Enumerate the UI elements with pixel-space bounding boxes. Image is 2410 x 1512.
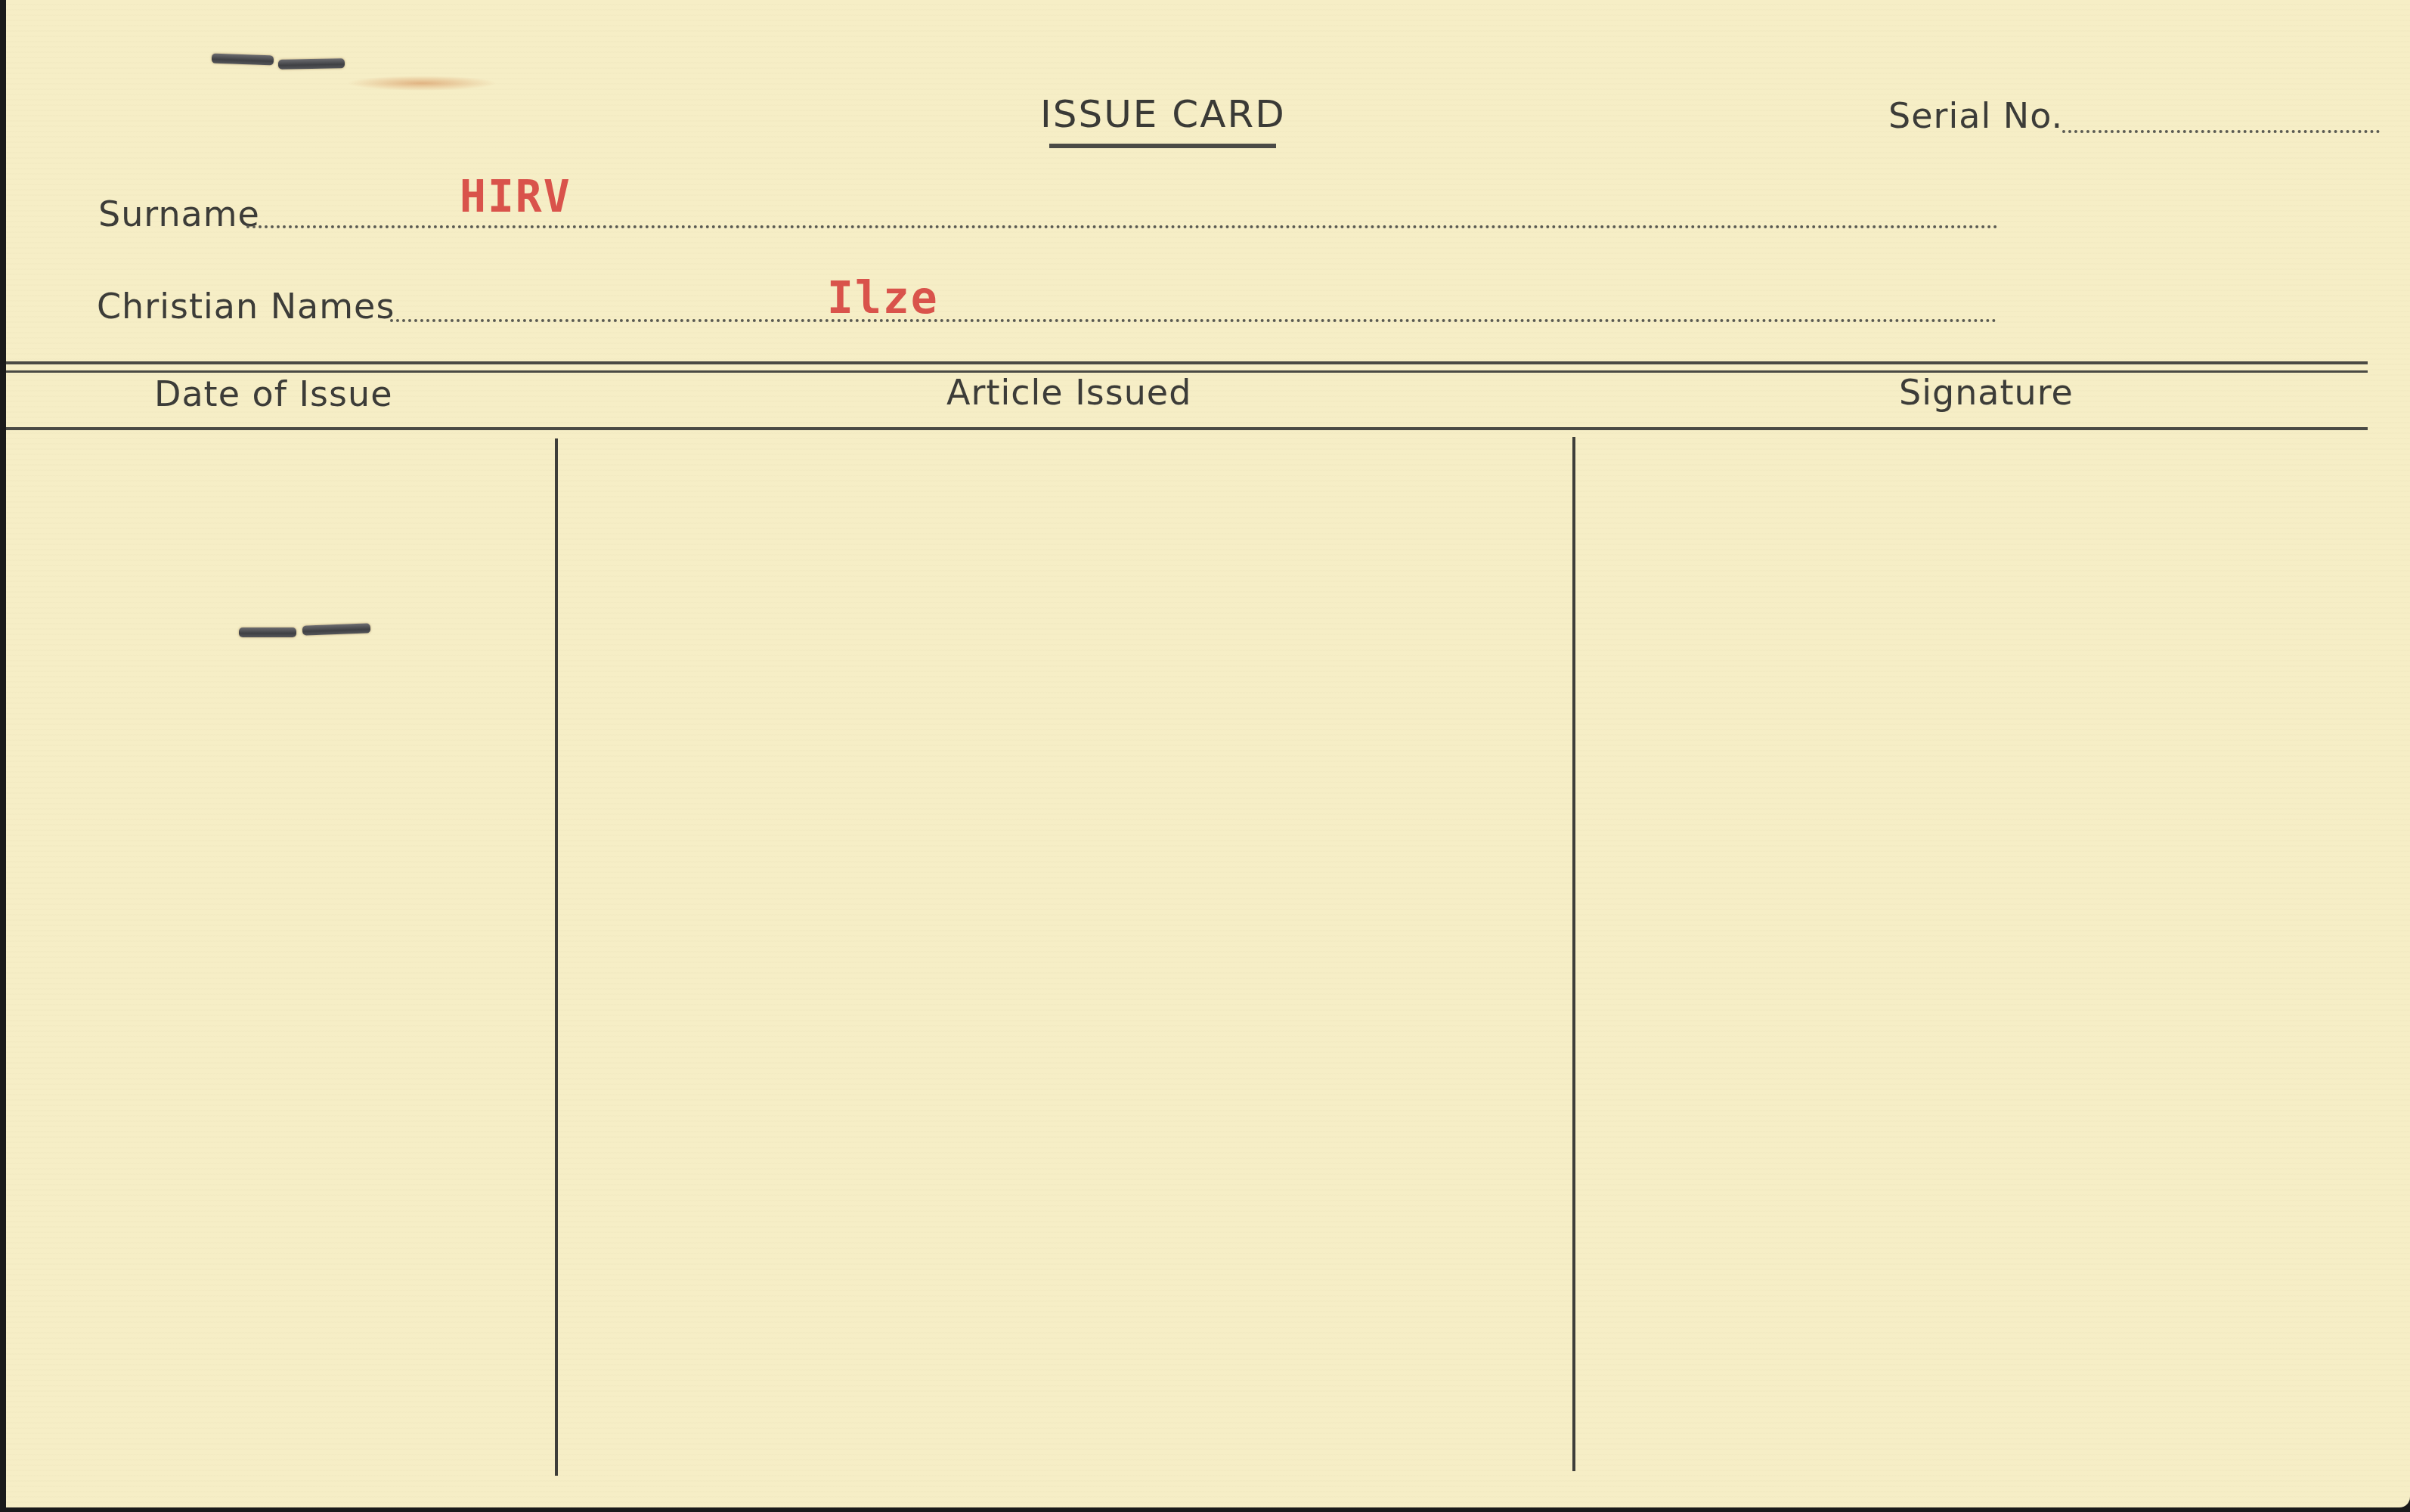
surname-field[interactable] <box>246 225 1999 228</box>
column-header-date-of-issue: Date of Issue <box>154 373 392 414</box>
header-top-rule <box>6 361 2368 364</box>
christian-names-label: Christian Names <box>97 286 395 327</box>
staple-top-left-icon <box>212 54 274 66</box>
surname-value: HIRV <box>460 171 572 222</box>
date-of-issue-column[interactable] <box>6 432 555 1476</box>
issue-card: ISSUE CARD Serial No. Surname HIRV Chris… <box>6 0 2410 1507</box>
article-issued-column[interactable] <box>558 432 1572 1476</box>
title-underline <box>1049 144 1276 148</box>
christian-names-field[interactable] <box>390 319 1997 322</box>
surname-label: Surname <box>98 194 260 234</box>
staple-top-right-icon <box>278 58 345 70</box>
rust-stain <box>346 76 497 91</box>
card-title: ISSUE CARD <box>1040 92 1286 136</box>
header-bottom-rule <box>6 427 2368 430</box>
serial-no-label: Serial No. <box>1888 95 2063 136</box>
signature-column[interactable] <box>1575 432 2369 1476</box>
serial-no-field[interactable] <box>2062 130 2380 133</box>
christian-names-value: Ilze <box>827 272 939 324</box>
column-header-signature: Signature <box>1899 372 2074 413</box>
column-header-article-issued: Article Issued <box>946 372 1191 413</box>
